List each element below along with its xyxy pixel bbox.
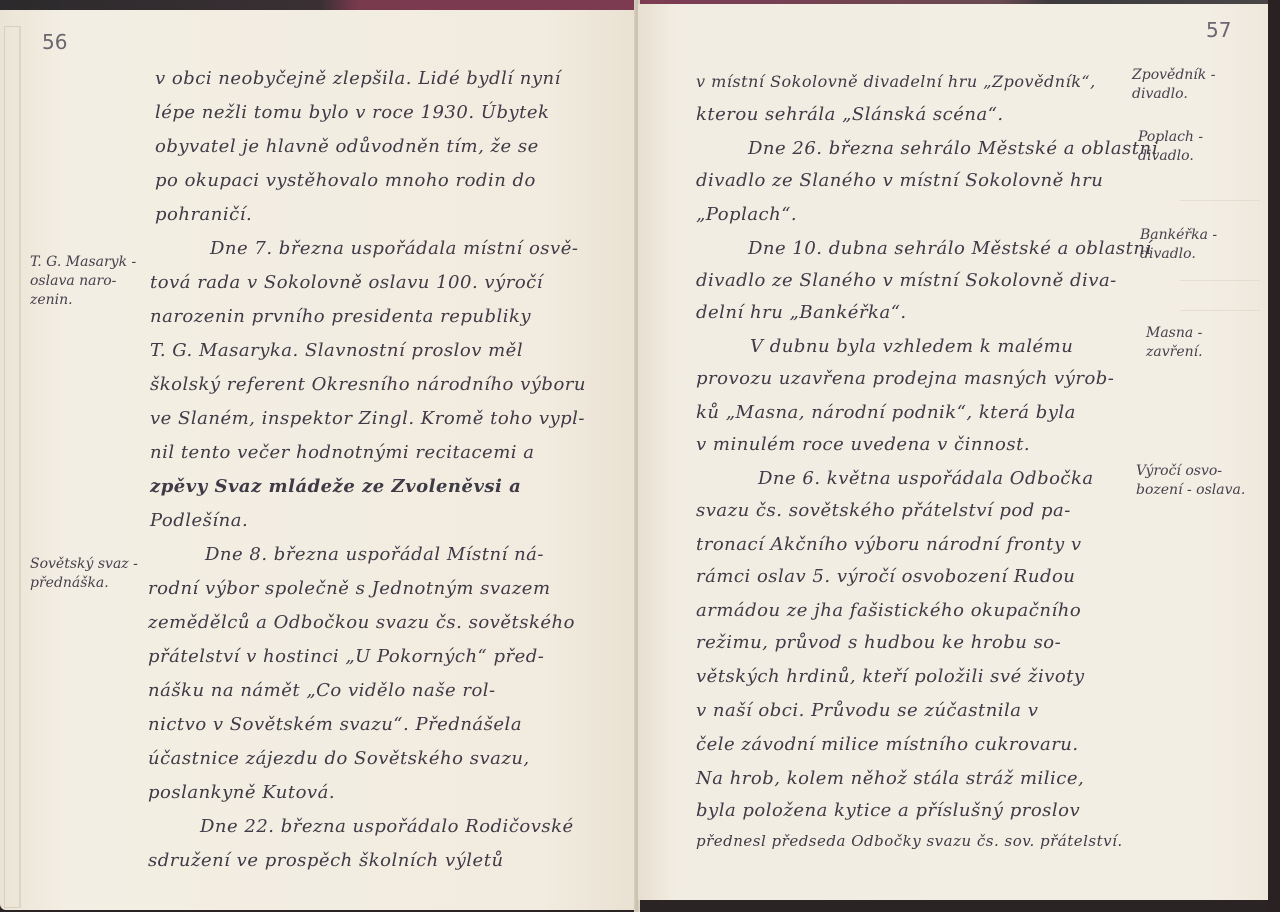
text-line: Na hrob, kolem něhož stála stráž milice,	[696, 768, 1084, 789]
text-line: nictvo v Sovětském svazu“. Přednášela	[148, 714, 522, 735]
text-line: provozu uzavřena prodejna masných výrob-	[696, 368, 1114, 389]
book-cover-right-edge	[1268, 0, 1280, 912]
text-line: po okupaci vystěhovalo mnoho rodin do	[155, 170, 536, 191]
text-line: delní hru „Bankéřka“.	[696, 302, 907, 323]
text-line: obyvatel je hlavně odůvodněn tím, že se	[155, 136, 539, 157]
show-through-mark	[1180, 200, 1260, 201]
text-line: Dne 7. března uspořádala místní osvě-	[210, 238, 578, 259]
show-through-mark	[1180, 310, 1260, 311]
margin-note: T. G. Masaryk - oslava naro- zenin.	[30, 253, 136, 310]
text-line: v naší obci. Průvodu se zúčastnila v	[696, 700, 1038, 721]
text-line: kterou sehrála „Slánská scéna“.	[696, 104, 1004, 125]
text-line: byla položena kytice a příslušný proslov	[696, 800, 1080, 821]
text-line: rodní výbor společně s Jednotným svazem	[148, 578, 551, 599]
text-line: nil tento večer hodnotnými recitacemi a	[150, 442, 534, 463]
text-line: ků „Masna, národní podnik“, která byla	[696, 402, 1076, 423]
text-line: větských hrdinů, kteří položili své živo…	[696, 666, 1085, 687]
right-page: 57 Zpovědník - divadlo. Poplach - divadl…	[638, 4, 1268, 900]
text-line: tová rada v Sokolovně oslavu 100. výročí	[150, 272, 543, 293]
text-line: Podlešína.	[150, 510, 248, 531]
text-line: přednesl předseda Odbočky svazu čs. sov.…	[696, 832, 1123, 850]
text-line: lépe nežli tomu bylo v roce 1930. Úbytek	[155, 102, 549, 123]
text-line: čele závodní milice místního cukrovaru.	[696, 734, 1079, 755]
text-line: účastnice zájezdu do Sovětského svazu,	[148, 748, 530, 769]
page-number-left: 56	[42, 30, 67, 54]
text-line: rámci oslav 5. výročí osvobození Rudou	[696, 566, 1075, 587]
text-line: zemědělců a Odbočkou svazu čs. sovětskéh…	[148, 612, 575, 633]
margin-note: Výročí osvo- bození - oslava.	[1136, 462, 1245, 500]
text-line: V dubnu byla vzhledem k malému	[750, 336, 1073, 357]
text-line: Dne 22. března uspořádalo Rodičovské	[200, 816, 574, 837]
margin-note: Masna - zavření.	[1146, 324, 1203, 362]
text-line: nášku na námět „Co vidělo naše rol-	[148, 680, 496, 701]
text-line: „Poplach“.	[696, 204, 797, 225]
text-line: zpěvy Svaz mládeže ze Zvoleněvsi a	[150, 476, 521, 497]
margin-note: Zpovědník - divadlo.	[1132, 66, 1215, 104]
text-line: divadlo ze Slaného v místní Sokolovně di…	[696, 270, 1117, 291]
text-line: armádou ze jha fašistického okupačního	[696, 600, 1081, 621]
text-line: přátelství v hostinci „U Pokorných“ před…	[148, 646, 544, 667]
text-line: Dne 26. března sehrálo Městské a oblastn…	[748, 138, 1158, 159]
text-line: Dne 8. března uspořádal Místní ná-	[205, 544, 544, 565]
text-line: T. G. Masaryka. Slavnostní proslov měl	[150, 340, 523, 361]
text-line: ve Slaném, inspektor Zingl. Kromě toho v…	[150, 408, 585, 429]
text-line: pohraničí.	[155, 204, 252, 225]
page-edge-stack	[4, 26, 21, 908]
text-line: tronací Akčního výboru národní fronty v	[696, 534, 1082, 555]
show-through-mark	[1180, 280, 1260, 281]
text-line: Dne 10. dubna sehrálo Městské a oblastní	[748, 238, 1152, 259]
page-number-right: 57	[1206, 18, 1231, 42]
text-line: v minulém roce uvedena v činnost.	[696, 434, 1030, 455]
text-line: Dne 6. května uspořádala Odbočka	[758, 468, 1094, 489]
text-line: v místní Sokolovně divadelní hru „Zpověd…	[696, 72, 1096, 91]
text-line: poslankyně Kutová.	[148, 782, 335, 803]
text-line: svazu čs. sovětského přátelství pod pa-	[696, 500, 1071, 521]
text-line: divadlo ze Slaného v místní Sokolovně hr…	[696, 170, 1103, 191]
margin-note: Sovětský svaz - přednáška.	[30, 555, 138, 593]
text-line: školský referent Okresního národního výb…	[150, 374, 586, 395]
text-line: narozenin prvního presidenta republiky	[150, 306, 531, 327]
text-line: režimu, průvod s hudbou ke hrobu so-	[696, 632, 1061, 653]
text-line: v obci neobyčejně zlepšila. Lidé bydlí n…	[155, 68, 561, 89]
text-line: sdružení ve prospěch školních výletů	[148, 850, 504, 871]
left-page: 56 T. G. Masaryk - oslava naro- zenin. S…	[0, 10, 636, 910]
